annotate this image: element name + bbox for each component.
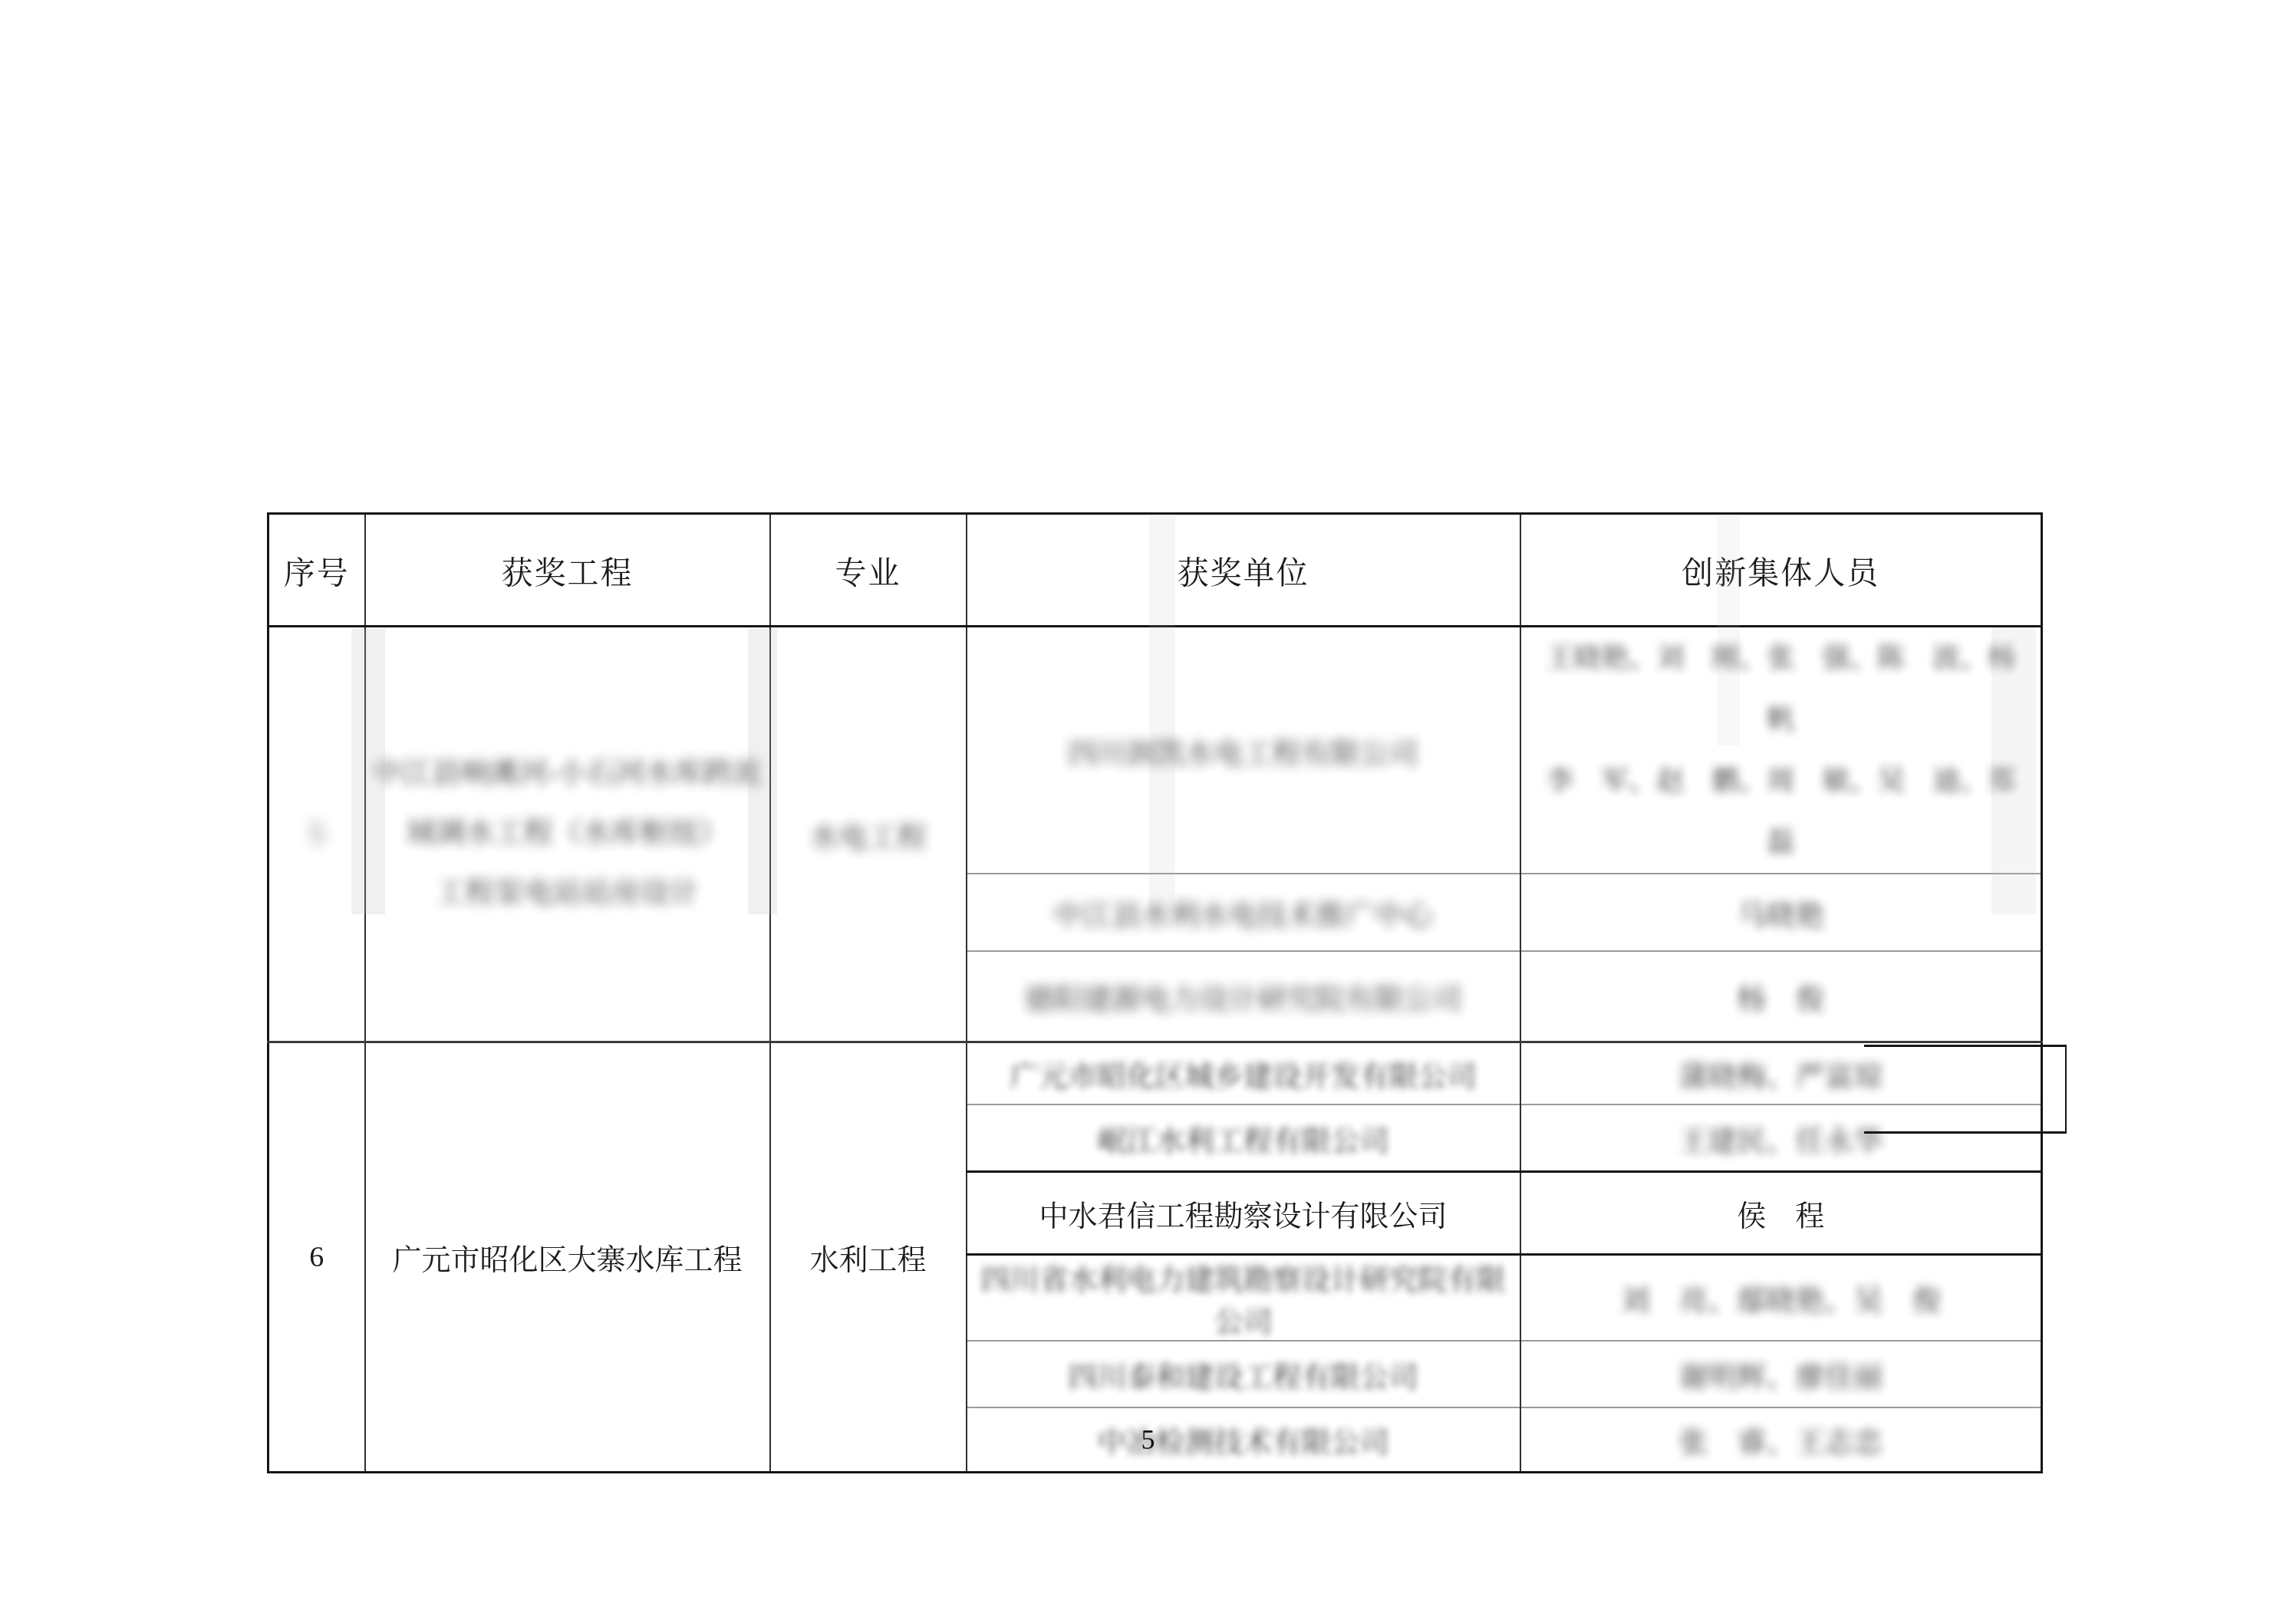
row5-unit-blurred-text: 四川润凯水电工程有限公司 bbox=[1068, 738, 1418, 770]
row6-seq-text: 6 bbox=[309, 1241, 324, 1273]
row6-unit-blurred-text: 四川省水利电力建筑勘察设计研究院有限公司 bbox=[980, 1264, 1505, 1338]
table-row: 5 中江县响滩河-小石河水库跨流 域调水工程（水库枢纽） 工程泵电站站房设计 水… bbox=[268, 627, 2042, 874]
row6-unit-cell: 四川泰和建设工程有限公司 bbox=[967, 1341, 1520, 1407]
row5-unit-cell: 德阳建源电力设计研究院有限公司 bbox=[967, 951, 1520, 1042]
row5-specialty-cell: 水电工程 bbox=[770, 627, 967, 1042]
row6-specialty-cell: 水利工程 bbox=[770, 1042, 967, 1473]
row6-team-cell: 谢明辉、廖佳丽 bbox=[1520, 1341, 2042, 1407]
row6-seq-cell: 6 bbox=[268, 1042, 365, 1473]
row6-unit-cell: 广元市昭化区城乡建设开发有限公司 bbox=[967, 1042, 1520, 1104]
row5-project-cell: 中江县响滩河-小石河水库跨流 域调水工程（水库枢纽） 工程泵电站站房设计 bbox=[365, 627, 770, 1042]
row6-team-cell: 王建民、任永华 bbox=[1520, 1104, 2042, 1171]
row6-team-cell: 蒲晓梅、严富琼 bbox=[1520, 1042, 2042, 1104]
table-header-row: 序号 获奖工程 专业 获奖单位 创新集体人员 bbox=[268, 514, 2042, 627]
header-unit: 获奖单位 bbox=[967, 514, 1520, 627]
row5-team-cell: 马晓艳 bbox=[1520, 874, 2042, 951]
row6-team-blurred-text: 谢明辉、廖佳丽 bbox=[1678, 1361, 1883, 1394]
row5-unit-cell: 中江县水利水电技术推广中心 bbox=[967, 874, 1520, 951]
row5-team-blurred-text: 王晓艳、刘 刚、张 强、陈 波、杨 帆 李 军、赵 鹏、周 敏、吴 迪、郑 磊 bbox=[1521, 627, 2041, 873]
row5-unit-blurred-text: 中江县水利水电技术推广中心 bbox=[1053, 900, 1432, 932]
row6-team-cell-clear: 侯 程 bbox=[1520, 1171, 2042, 1254]
row6-specialty-text: 水利工程 bbox=[809, 1244, 926, 1276]
header-specialty: 专业 bbox=[770, 514, 967, 627]
row6-unit-cell: 四川省水利电力建筑勘察设计研究院有限公司 bbox=[967, 1254, 1520, 1341]
row6-team-blurred-text: 刘 亮、鄢晓艳、吴 俊 bbox=[1620, 1285, 1941, 1317]
row6-unit-cell-clear: 中水君信工程勘察设计有限公司 bbox=[967, 1171, 1520, 1254]
row5-unit-cell: 四川润凯水电工程有限公司 bbox=[967, 627, 1520, 874]
header-project: 获奖工程 bbox=[365, 514, 770, 627]
row6-team-blurred-text: 王建民、任永华 bbox=[1678, 1125, 1883, 1157]
header-seq: 序号 bbox=[268, 514, 365, 627]
row6-project-cell: 广元市昭化区大寨水库工程 bbox=[365, 1042, 770, 1473]
row5-seq-cell: 5 bbox=[268, 627, 365, 1042]
row6-unit-text: 中水君信工程勘察设计有限公司 bbox=[1039, 1200, 1447, 1233]
row6-team-cell: 刘 亮、鄢晓艳、吴 俊 bbox=[1520, 1254, 2042, 1341]
header-team: 创新集体人员 bbox=[1520, 514, 2042, 627]
scanned-document-page: 序号 获奖工程 专业 获奖单位 创新集体人员 5 中江县响滩河-小石河水库跨流 … bbox=[0, 0, 2296, 1623]
row5-team-blurred-text: 马晓艳 bbox=[1737, 900, 1824, 932]
award-table: 序号 获奖工程 专业 获奖单位 创新集体人员 5 中江县响滩河-小石河水库跨流 … bbox=[267, 512, 2043, 1473]
row5-unit-blurred-text: 德阳建源电力设计研究院有限公司 bbox=[1024, 983, 1461, 1016]
row6-team-text: 侯 程 bbox=[1737, 1200, 1824, 1233]
table-row: 6 广元市昭化区大寨水库工程 水利工程 广元市昭化区城乡建设开发有限公司 蒲晓梅… bbox=[268, 1042, 2042, 1104]
row5-team-blurred-text: 杨 俊 bbox=[1737, 983, 1824, 1016]
row6-unit-blurred-text: 广元市昭化区城乡建设开发有限公司 bbox=[1010, 1061, 1476, 1093]
row5-team-cell: 杨 俊 bbox=[1520, 951, 2042, 1042]
page-number: 5 bbox=[0, 1424, 2296, 1456]
row6-project-text: 广元市昭化区大寨水库工程 bbox=[392, 1244, 742, 1276]
row5-specialty-blurred-text: 水电工程 bbox=[809, 821, 926, 854]
row6-unit-cell: 岷江水利工程有限公司 bbox=[967, 1104, 1520, 1171]
row5-project-blurred-text: 中江县响滩河-小石河水库跨流 域调水工程（水库枢纽） 工程泵电站站房设计 bbox=[366, 744, 769, 923]
row5-team-cell: 王晓艳、刘 刚、张 强、陈 波、杨 帆 李 军、赵 鹏、周 敏、吴 迪、郑 磊 bbox=[1520, 627, 2042, 874]
row6-team-blurred-text: 蒲晓梅、严富琼 bbox=[1678, 1061, 1883, 1093]
row6-unit-blurred-text: 四川泰和建设工程有限公司 bbox=[1068, 1361, 1418, 1394]
row5-seq-blurred-text: 5 bbox=[309, 818, 324, 850]
row6-unit-blurred-text: 岷江水利工程有限公司 bbox=[1097, 1125, 1388, 1157]
